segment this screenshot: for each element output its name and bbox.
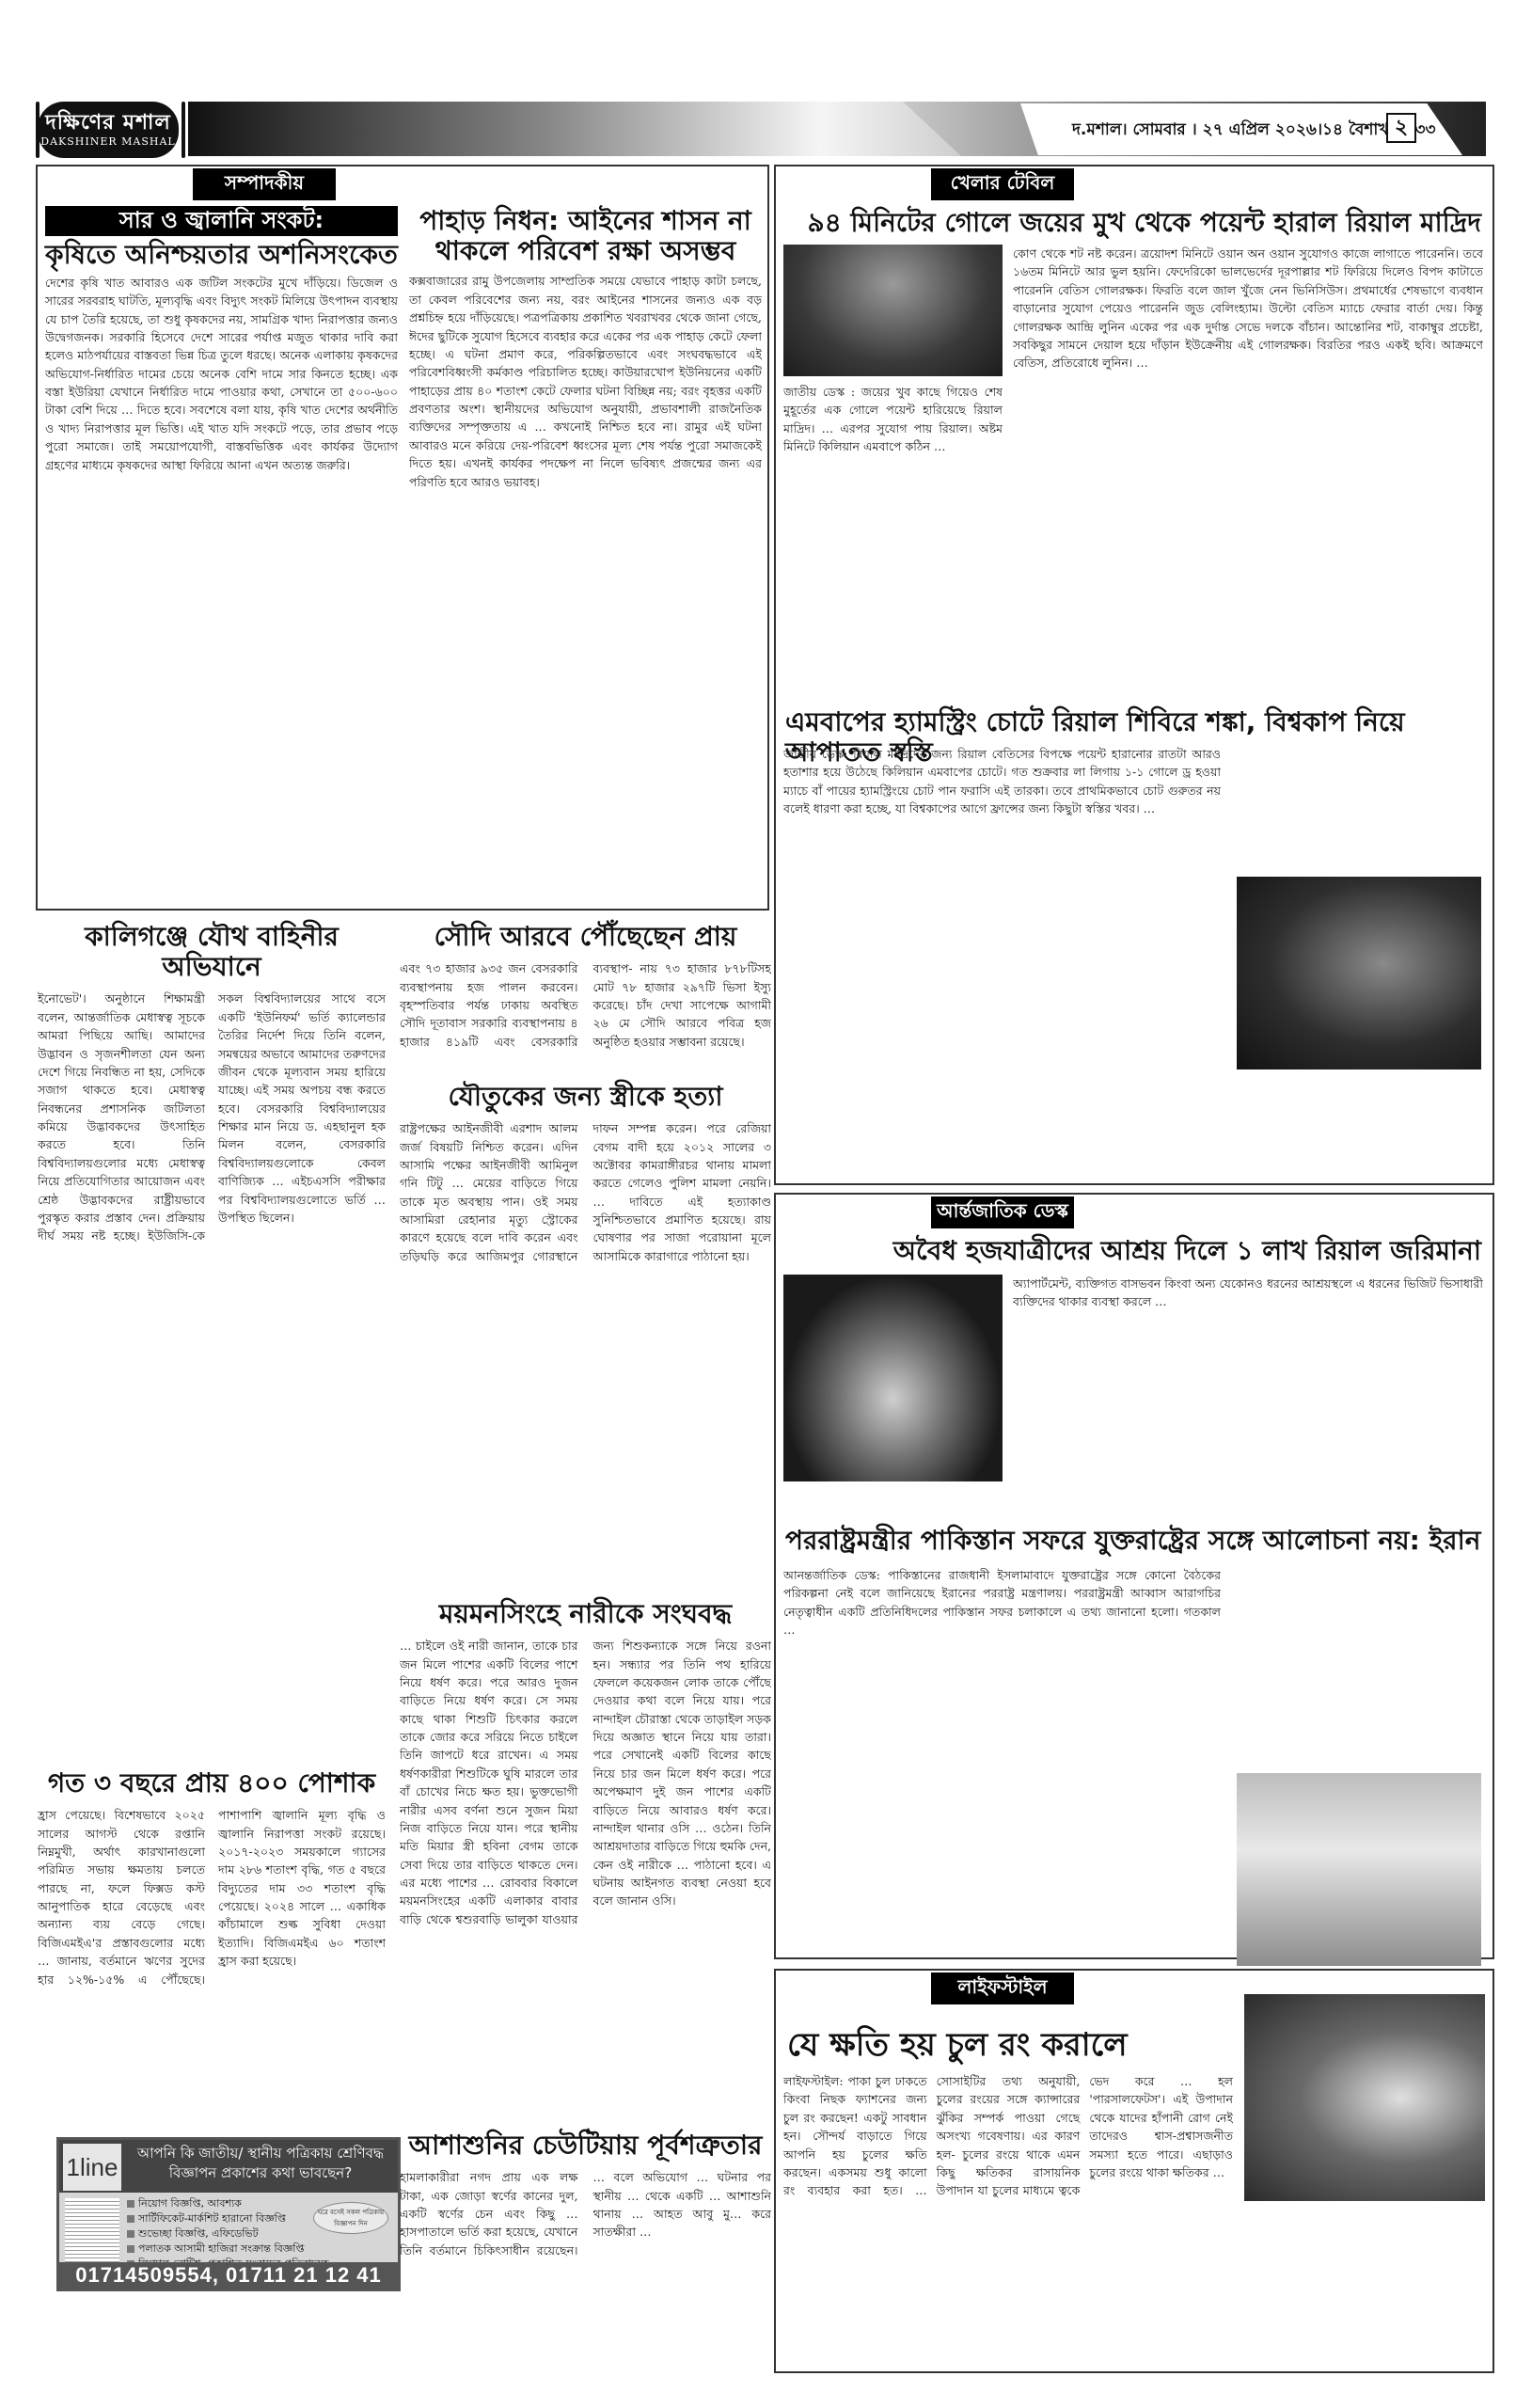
- editorial-body-hills: কক্সবাজারের রামু উপজেলায় সাম্প্রতিক সময…: [409, 272, 762, 902]
- sports-section-label: খেলার টেবিল: [931, 168, 1074, 200]
- lifestyle-section-label: লাইফস্টাইল: [931, 1972, 1074, 2004]
- editorial-article-hills: পাহাড় নিধন: আইনের শাসন না থাকলে পরিবেশ …: [409, 206, 762, 902]
- body-iran: আনন্তর্জাতিক ডেস্ক: পাকিস্তানের রাজধানী …: [783, 1566, 1221, 1952]
- body-hair-dye: লাইফস্টাইল: পাকা চুল ঢাকতে কিংবা নিছক ফ্…: [783, 2072, 1233, 2368]
- body-kaliganj: ইনোভেট'। অনুষ্ঠানে শিক্ষামন্ত্রী বলেন, আ…: [38, 990, 386, 1798]
- body-mymensingh: … চাইলে ওই নারী জানান, তাকে চার জন মিলে …: [400, 1637, 771, 2145]
- photo-kaaba: [783, 1275, 1003, 1481]
- body-garments: হ্রাস পেয়েছে। বিশেষভাবে ২০২৫ সালের আগস্…: [38, 1806, 386, 2126]
- article-ashashuni: আশাশুনির চেউটিয়ায় পূর্বশত্রুতার হামলাক…: [400, 2131, 771, 2290]
- ad-phone-number[interactable]: 01714509554, 01711 21 12 41: [59, 2262, 398, 2289]
- logo-bracket-right: [182, 102, 185, 158]
- lifestyle-box: লাইফস্টাইল যে ক্ষতি হয় চুল রং করালে লাই…: [774, 1969, 1494, 2373]
- headline-dowry[interactable]: যৌতুকের জন্য স্ত্রীকে হত্যা: [400, 1082, 771, 1112]
- photo-mbappe: [1237, 877, 1481, 1069]
- editorial-headline-hills[interactable]: পাহাড় নিধন: আইনের শাসন না থাকলে পরিবেশ …: [409, 206, 762, 266]
- body-mbappe: জাতীয় ডেস্ক: রিয়াল মাদ্রিদের জন্য রিয়…: [783, 745, 1221, 1178]
- ad-title: আপনি কি জাতীয়/ স্থানীয় পত্রিকায় শ্রেণ…: [127, 2144, 394, 2183]
- body-saudi: এবং ৭৩ হাজার ৯৩৫ জন বেসরকারি ব্যবস্থাপনা…: [400, 959, 771, 1077]
- body-real-madrid-right: কোণ থেকে শট নষ্ট করেন। ত্রয়োদশ মিনিটে ও…: [1013, 245, 1483, 489]
- ad-newspaper-thumbnail: [65, 2198, 119, 2262]
- headline-saudi[interactable]: সৌদি আরবে পৌঁছেছেন প্রায়: [400, 922, 771, 952]
- article-kaliganj: কালিগঞ্জে যৌথ বাহিনীর অভিযানে ইনোভেট'। অ…: [38, 922, 386, 1798]
- ad-badge: ঘরে বসেই সকল পত্রিকায় বিজ্ঞাপন দিন: [313, 2202, 388, 2234]
- headline-garments[interactable]: গত ৩ বছরে প্রায় ৪০০ পোশাক: [38, 1768, 386, 1798]
- editorial-headline-fertilizer[interactable]: কৃষিতে অনিশ্চয়তার অশনিসংকেত: [45, 240, 398, 270]
- editorial-body-fertilizer: দেশের কৃষি খাত আবারও এক জটিল সংকটের মুখে…: [45, 274, 398, 913]
- body-ashashuni: হামলাকারীরা নগদ প্রায় এক লক্ষ টাকা, এক …: [400, 2168, 771, 2290]
- article-mymensingh: ময়মনসিংহে নারীকে সংঘবদ্ধ … চাইলে ওই নার…: [400, 1599, 771, 2145]
- ad-logo: 1line: [63, 2144, 121, 2191]
- headline-iran[interactable]: পররাষ্ট্রমন্ত্রীর পাকিস্তান সফরে যুক্তরা…: [785, 1526, 1481, 1556]
- article-garments: গত ৩ বছরে প্রায় ৪০০ পোশাক হ্রাস পেয়েছে…: [38, 1768, 386, 2126]
- headline-kaliganj[interactable]: কালিগঞ্জে যৌথ বাহিনীর অভিযানে: [38, 922, 386, 982]
- body-hajj: অ্যাপার্টমেন্ট, ব্যক্তিগত বাসভবন কিংবা অ…: [1013, 1275, 1483, 1519]
- editorial-kicker: সার ও জ্বালানি সংকট:: [45, 206, 398, 236]
- editorial-section-label: সম্পাদকীয়: [193, 168, 336, 200]
- article-dowry: যৌতুকের জন্য স্ত্রীকে হত্যা রাষ্ট্রপক্ষে…: [400, 1082, 771, 1618]
- logo-bengali: দক্ষিণের মশাল: [45, 112, 171, 135]
- logo-english: DAKSHINER MASHAL: [40, 135, 175, 148]
- headline-hajj[interactable]: অবৈধ হজযাত্রীদের আশ্রয় দিলে ১ লাখ রিয়া…: [785, 1236, 1481, 1266]
- editorial-box: সম্পাদকীয় সার ও জ্বালানি সংকট: কৃষিতে অ…: [36, 165, 769, 911]
- dateline: দ.মশাল। সোমবার । ২৭ এপ্রিল ২০২৬।১৪ বৈশাখ…: [1072, 118, 1436, 144]
- headline-real-madrid[interactable]: ৯৪ মিনিটের গোলে জয়ের মুখ থেকে পয়েন্ট হ…: [785, 208, 1481, 238]
- page-number: ২: [1386, 113, 1416, 143]
- international-box: আর্ন্তজাতিক ডেস্ক অবৈধ হজযাত্রীদের আশ্রয…: [774, 1193, 1494, 1959]
- sports-box: খেলার টেবিল ৯৪ মিনিটের গোলে জয়ের মুখ থে…: [774, 165, 1494, 1185]
- editorial-article-fertilizer: সার ও জ্বালানি সংকট: কৃষিতে অনিশ্চয়তার …: [45, 206, 398, 913]
- article-saudi: সৌদি আরবে পৌঁছেছেন প্রায় এবং ৭৩ হাজার ৯…: [400, 922, 771, 1077]
- body-real-madrid-below: জাতীয় ডেস্ক : জয়ের খুব কাছে গিয়েও শেষ…: [783, 383, 1003, 698]
- body-dowry: রাষ্ট্রপক্ষের আইনজীবী এরশাদ আলম জর্জ বিষ…: [400, 1119, 771, 1618]
- newspaper-logo[interactable]: দক্ষিণের মশাল DAKSHINER MASHAL: [38, 102, 179, 158]
- classified-ad[interactable]: 1line আপনি কি জাতীয়/ স্থানীয় পত্রিকায়…: [56, 2137, 401, 2291]
- international-section-label: আর্ন্তজাতিক ডেস্ক: [931, 1196, 1074, 1228]
- headline-ashashuni[interactable]: আশাশুনির চেউটিয়ায় পূর্বশত্রুতার: [400, 2131, 771, 2161]
- ad-item: পলাতক আসামী হাজিরা সংক্রান্ত বিজ্ঞপ্তি: [127, 2242, 392, 2257]
- photo-hair-model: [1244, 1994, 1485, 2201]
- photo-diplomatic-meeting: [1237, 1773, 1481, 1966]
- headline-mymensingh[interactable]: ময়মনসিংহে নারীকে সংঘবদ্ধ: [400, 1599, 771, 1629]
- photo-real-madrid-match: [783, 245, 1003, 376]
- headline-hair-dye[interactable]: যে ক্ষতি হয় চুল রং করালে: [787, 2027, 1220, 2064]
